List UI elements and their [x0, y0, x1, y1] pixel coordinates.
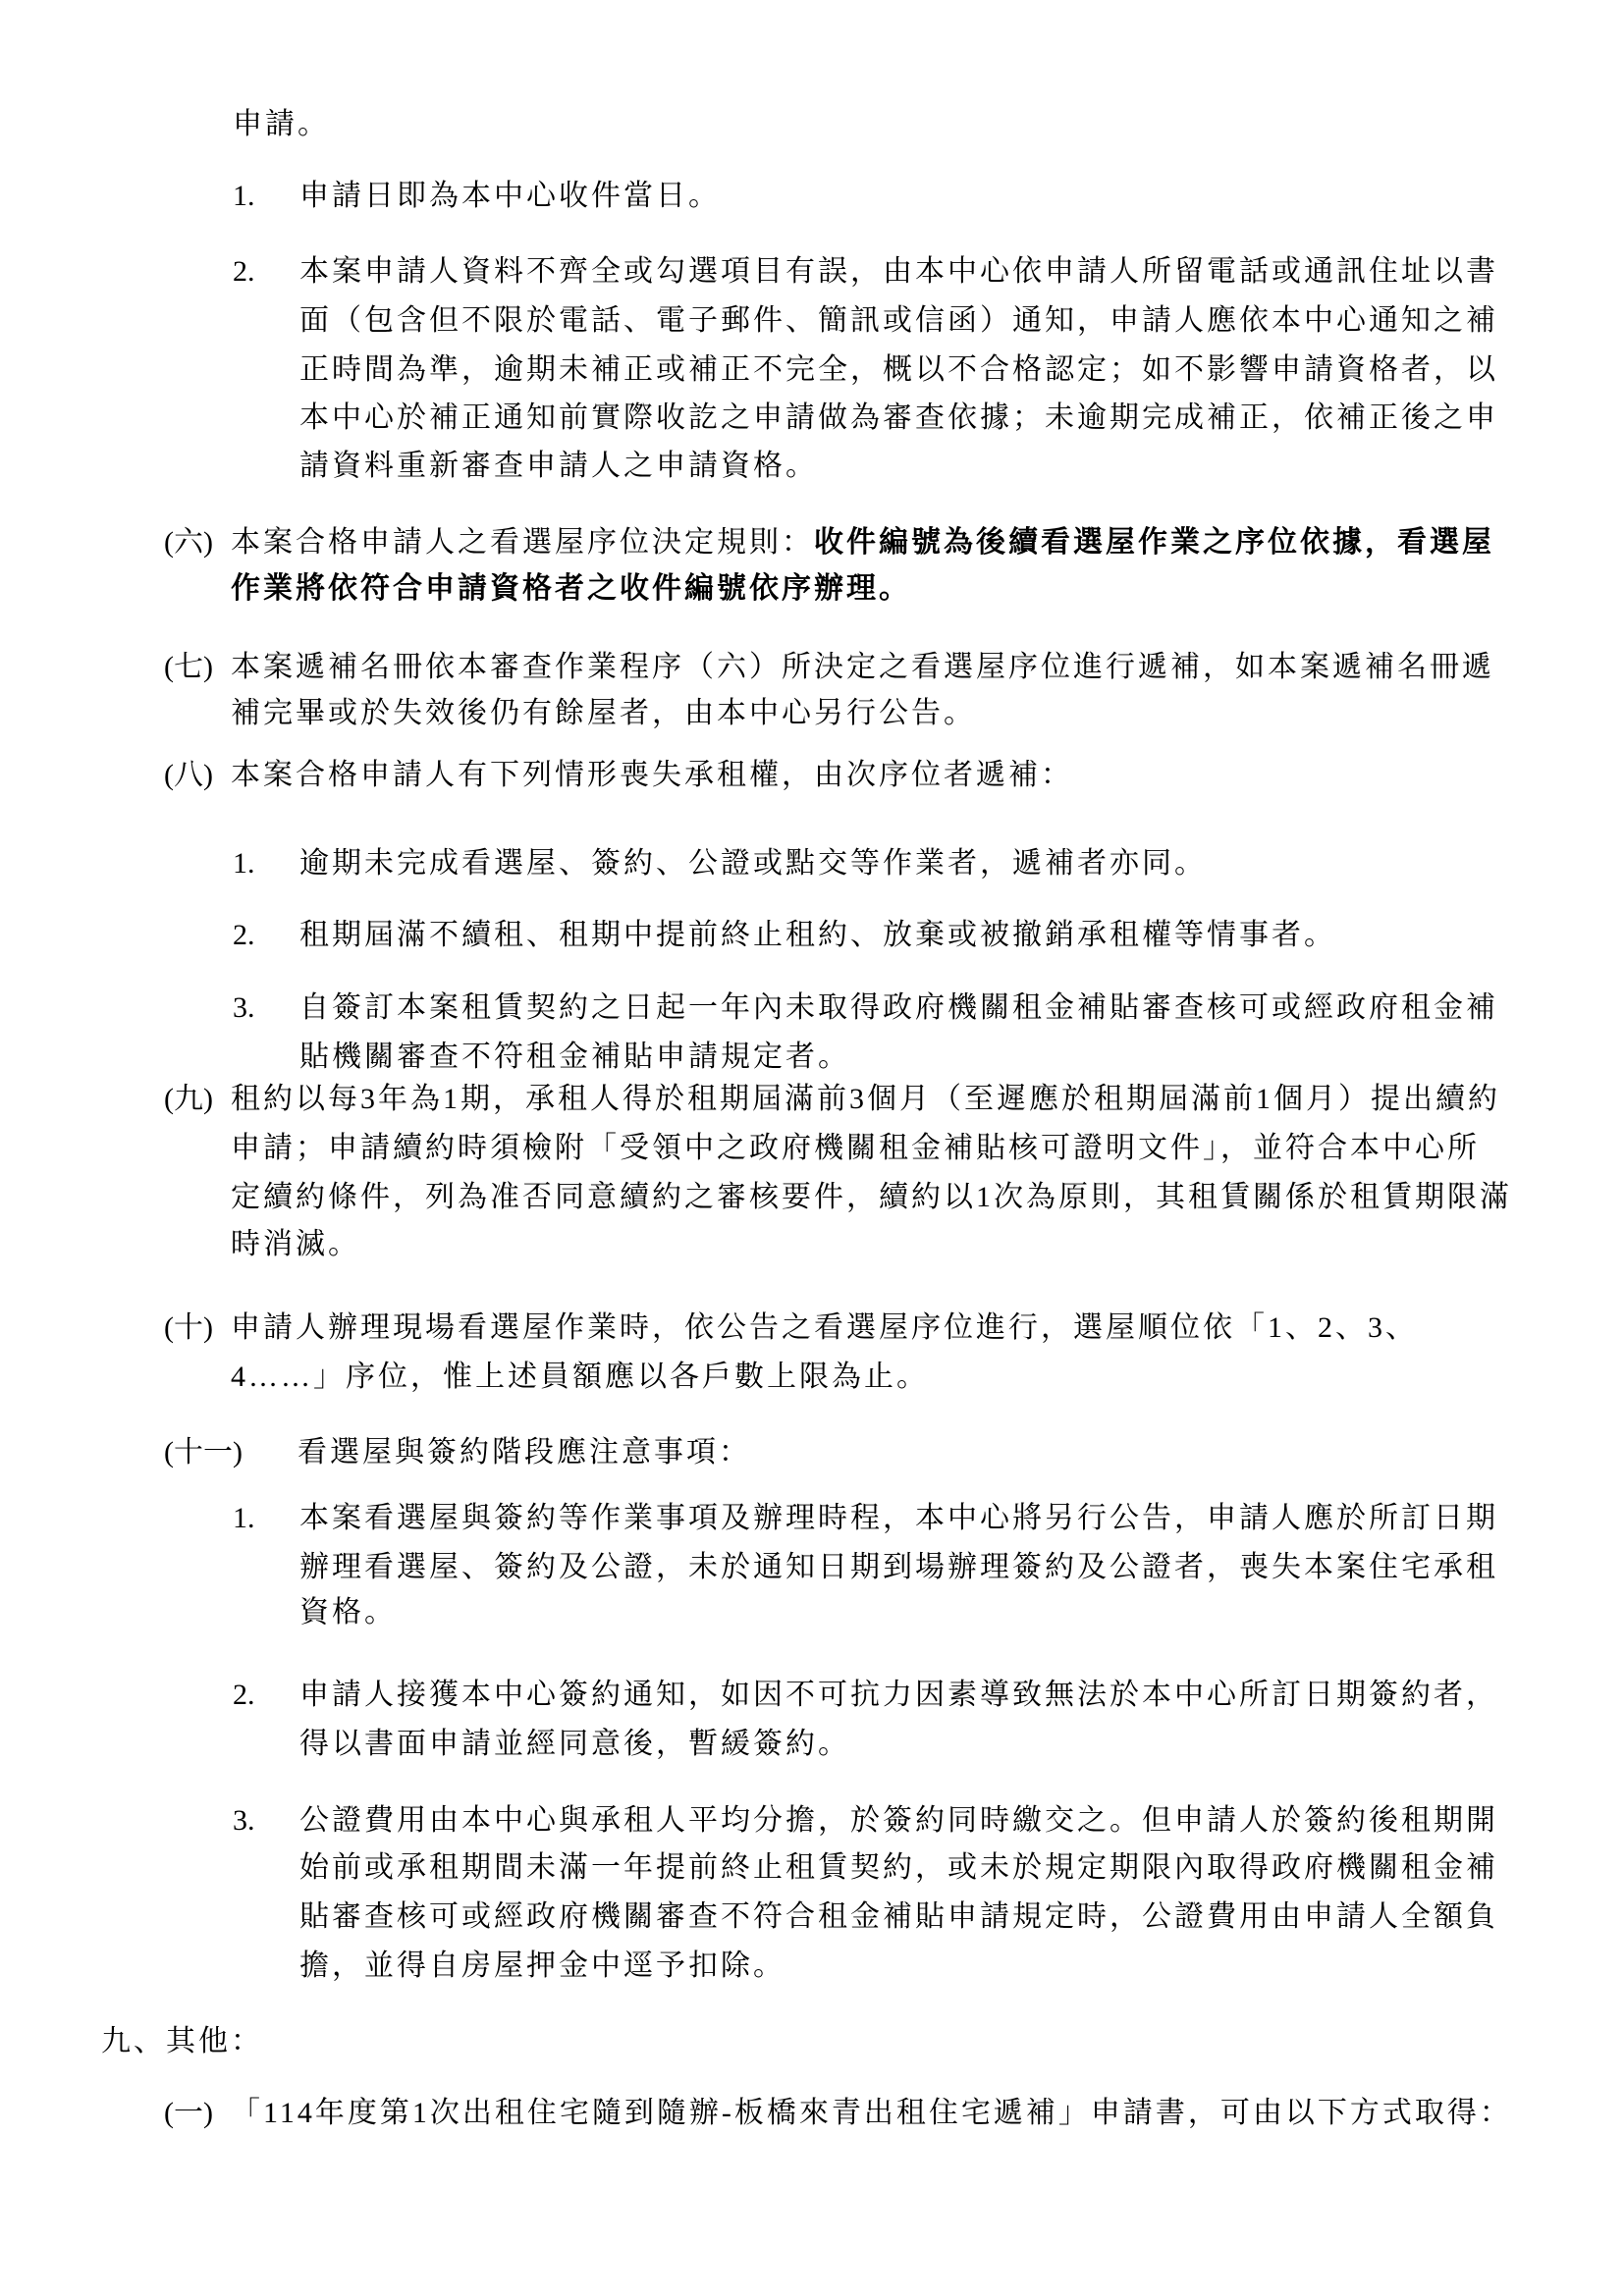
list-item-text: 貼審查核可或經政府機關審查不符合租金補貼申請規定時，公證費用由申請人全額負 — [299, 1897, 1498, 1937]
list-marker: 1. — [233, 177, 255, 216]
list-marker: 2. — [233, 1676, 255, 1715]
section-marker: (一) — [164, 2094, 213, 2133]
section-marker: (六) — [164, 523, 213, 562]
list-item-text: 始前或承租期間未滿一年提前終止租賃契約，或未於規定期限內取得政府機關租金補 — [299, 1848, 1498, 1888]
section-text: 申請人辦理現場看選屋作業時，依公告之看選屋序位進行，選屋順位依「1、2、3、 — [231, 1308, 1418, 1348]
section-text: 「114年度第1次出租住宅隨到隨辦-板橋來青出租住宅遞補」申請書，可由以下方式取… — [231, 2094, 1512, 2133]
section-marker: (八) — [164, 756, 213, 795]
section-marker: (九) — [164, 1080, 213, 1119]
list-marker: 2. — [233, 252, 255, 292]
list-item-text: 自簽訂本案租賃契約之日起一年內未取得政府機關租金補貼審查核可或經政府租金補 — [299, 988, 1498, 1028]
list-marker: 2. — [233, 916, 255, 955]
section-text: 時消滅。 — [231, 1225, 360, 1264]
list-item-text: 資格。 — [299, 1593, 397, 1632]
section-text: 本案合格申請人有下列情形喪失承租權，由次序位者遞補： — [231, 756, 1073, 795]
list-item-text: 辦理看選屋、簽約及公證，未於通知日期到場辦理簽約及公證者，喪失本案住宅承租 — [299, 1548, 1498, 1587]
list-marker: 1. — [233, 844, 255, 883]
rule-emphasis: 作業將依符合申請資格者之收件編號依序辦理。 — [231, 569, 911, 609]
list-item-text: 本中心於補正通知前實際收訖之申請做為審查依據；未逾期完成補正，依補正後之申 — [299, 399, 1498, 438]
list-item-text: 公證費用由本中心與承租人平均分擔，於簽約同時繳交之。但申請人於簽約後租期開 — [299, 1801, 1498, 1841]
list-item-text: 申請日即為本中心收件當日。 — [299, 177, 721, 216]
list-item-text: 租期屆滿不續租、租期中提前終止租約、放棄或被撤銷承租權等情事者。 — [299, 916, 1336, 955]
list-item-text: 本案看選屋與簽約等作業事項及辦理時程，本中心將另行公告，申請人應於所訂日期 — [299, 1499, 1498, 1538]
section-marker: (十一) — [164, 1433, 243, 1472]
list-item-text: 申請人接獲本中心簽約通知，如因不可抗力因素導致無法於本中心所訂日期簽約者， — [299, 1676, 1498, 1715]
list-marker: 3. — [233, 1801, 255, 1841]
section-text: 定續約條件，列為准否同意續約之審核要件，續約以1次為原則，其租賃關係於租賃期限滿 — [231, 1178, 1512, 1217]
list-marker: 1. — [233, 1499, 255, 1538]
section-text: 申請；申請續約時須檢附「受領中之政府機關租金補貼核可證明文件」，並符合本中心所 — [231, 1129, 1480, 1168]
list-item-text: 逾期未完成看選屋、簽約、公證或點交等作業者，遞補者亦同。 — [299, 844, 1207, 883]
section-marker: (十) — [164, 1308, 213, 1348]
list-item-text: 正時間為準，逾期未補正或補正不完全，概以不合格認定；如不影響申請資格者，以 — [299, 350, 1498, 390]
section-marker: (七) — [164, 648, 213, 687]
list-item-text: 擔，並得自房屋押金中逕予扣除。 — [299, 1947, 785, 1986]
section-text: 4……」序位，惟上述員額應以各戶數上限為止。 — [231, 1358, 929, 1397]
section-text: 看選屋與簽約階段應注意事項： — [298, 1433, 751, 1472]
list-item-text: 請資料重新審查申請人之申請資格。 — [299, 447, 818, 486]
continuation-text: 申請。 — [233, 105, 330, 144]
section-text: 本案合格申請人之看選屋序位決定規則：收件編號為後續看選屋作業之序位依據，看選屋 — [231, 523, 1494, 562]
rule-emphasis: 收件編號為後續看選屋作業之序位依據，看選屋 — [814, 526, 1494, 559]
rule-label: 本案合格申請人之看選屋序位決定規則： — [231, 526, 814, 559]
section-heading: 九、其他： — [101, 2022, 263, 2061]
list-item-text: 貼機關審查不符租金補貼申請規定者。 — [299, 1038, 850, 1077]
list-item-text: 本案申請人資料不齊全或勾選項目有誤，由本中心依申請人所留電話或通訊住址以書 — [299, 252, 1498, 292]
list-item-text: 得以書面申請並經同意後，暫緩簽約。 — [299, 1725, 850, 1764]
list-item-text: 面（包含但不限於電話、電子郵件、簡訊或信函）通知，申請人應依本中心通知之補 — [299, 301, 1498, 341]
section-text: 本案遞補名冊依本審查作業程序（六）所決定之看選屋序位進行遞補，如本案遞補名冊遞 — [231, 648, 1494, 687]
section-text: 租約以每3年為1期，承租人得於租期屆滿前3個月（至遲應於租期屆滿前1個月）提出續… — [231, 1080, 1500, 1119]
list-marker: 3. — [233, 988, 255, 1028]
section-text: 補完畢或於失效後仍有餘屋者，由本中心另行公告。 — [231, 694, 976, 733]
